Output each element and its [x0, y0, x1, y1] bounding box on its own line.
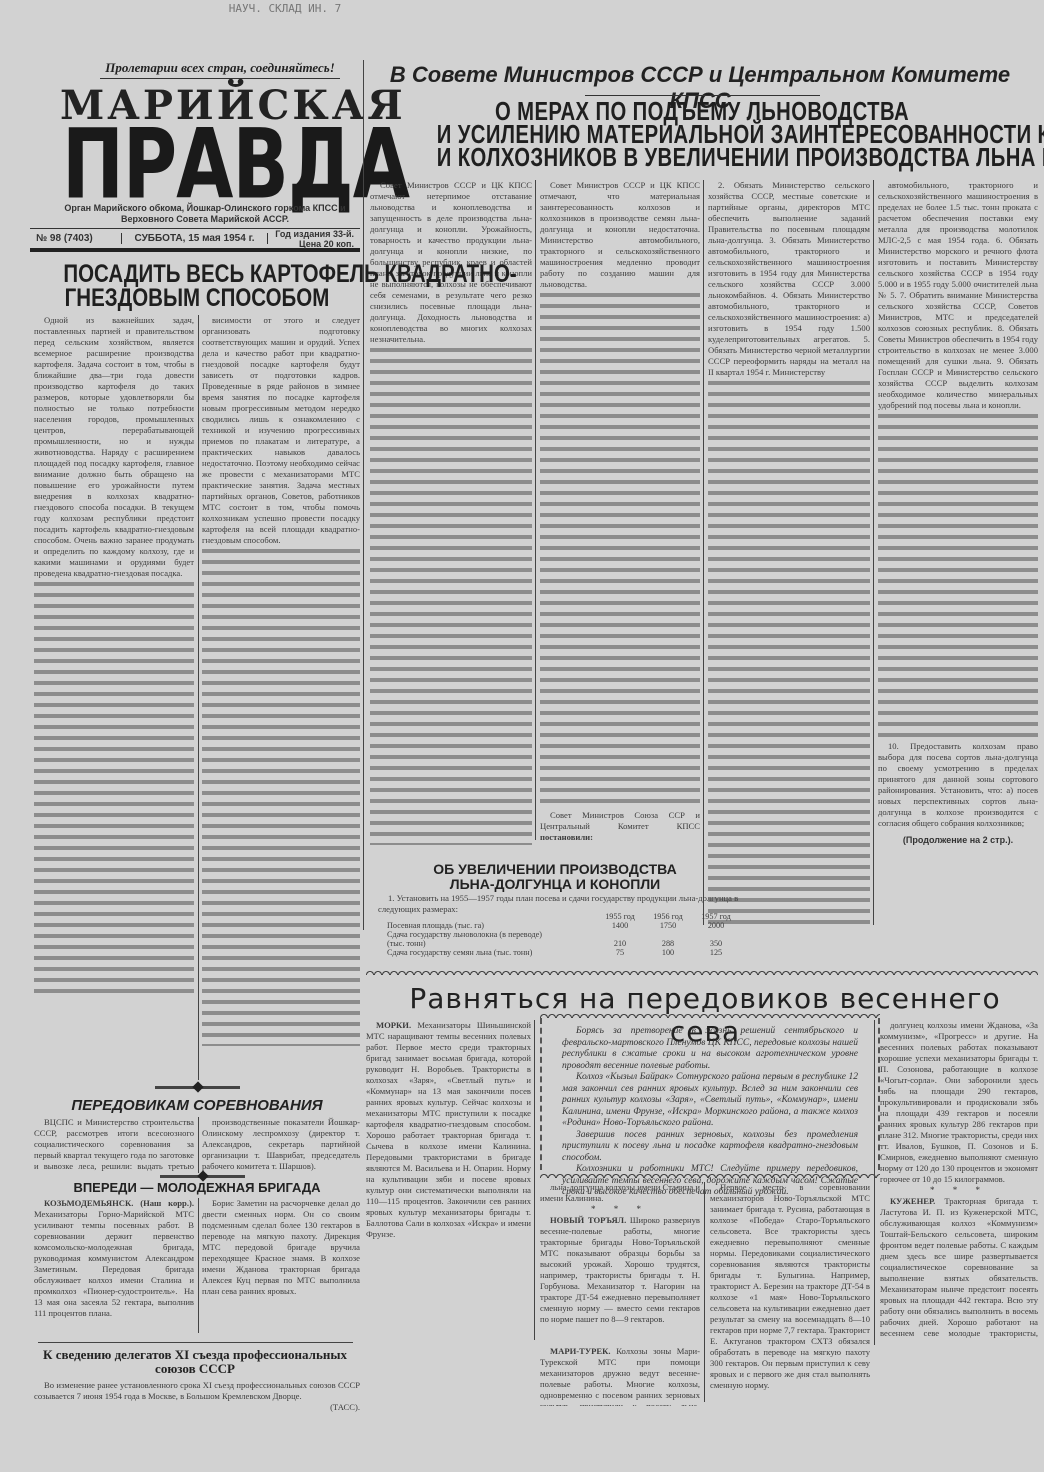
decree-column-4: автомобильного, тракторного и сельскохоз…: [878, 180, 1038, 940]
section-break: * * *: [540, 1204, 700, 1215]
flax-table-cell: 75: [596, 948, 644, 957]
competition-col2-text: производственные показатели Йошкар-Олинс…: [202, 1117, 360, 1172]
flax-title-line: ОБ УВЕЛИЧЕНИИ ПРОИЗВОДСТВА: [370, 862, 740, 877]
byline: (Наш корр.).: [140, 1198, 194, 1208]
flax-table-row: Посевная площадь (тыс. га)140017502000: [385, 921, 740, 930]
tu-congress-title: К сведению делегатов XI съезда профессио…: [40, 1348, 350, 1376]
decree-col2-body: .: [540, 290, 700, 810]
appeal-paragraph: Борясь за претворение в жизнь решений се…: [562, 1026, 858, 1072]
youth-col1-text: Механизаторы Горно-Марийской МТС усилива…: [34, 1209, 194, 1318]
competition-column-2: производственные показатели Йошкар-Олинс…: [202, 1117, 360, 1173]
flax-table-column-header: 1956 год: [644, 912, 692, 921]
flax-table-row-label: Сдача государству льноволокна (в перевод…: [385, 930, 596, 939]
flax-table-cell: 350: [692, 939, 740, 948]
flax-table-cell: [692, 930, 740, 939]
flax-table-row-label: Сдача государству семян льна (тыс. тонн): [385, 948, 596, 957]
dateline: КУЖЕНЕР.: [890, 1196, 935, 1206]
decree-headline-line: И КОЛХОЗНИКОВ В УВЕЛИЧЕНИИ ПРОИЗВОДСТВА …: [437, 146, 967, 169]
column-divider: [535, 180, 536, 840]
flax-table-cell: 2000: [692, 921, 740, 930]
new-toryal-text: Широко развернув весенне-полевые работы,…: [540, 1215, 700, 1324]
column-divider: [703, 180, 704, 925]
spring-column-right: долгунец колхозы имени Жданова, «За комм…: [880, 1020, 1038, 1340]
flax-table-cell: 125: [692, 948, 740, 957]
column-divider: [534, 1020, 535, 1340]
decree-column-3: 2. Обязать Министерство сельского хозяйс…: [708, 180, 870, 925]
ornament-divider: [155, 1086, 240, 1089]
mid-right-text: Первое место в соревновании механизаторо…: [710, 1182, 870, 1391]
appeal-box: Борясь за претворение в жизнь решений се…: [540, 1018, 880, 1170]
morki-text: Механизаторы Шиньшинской МТС наращивают …: [366, 1020, 531, 1239]
decree-col3-lead: 2. Обязать Министерство сельского хозяйс…: [708, 180, 870, 378]
flax-plan-table: 1955 год1956 год1957 годПосевная площадь…: [385, 912, 740, 957]
tu-congress-text: Во изменение ранее установленного срока …: [34, 1380, 360, 1402]
mid-left-text: льна-долгунца колхозы имени Сталина и им…: [540, 1182, 700, 1204]
section-break: * * *: [880, 1185, 1038, 1196]
decree-col1-body: .: [370, 345, 532, 845]
spring-column-mari-turek: МАРИ-ТУРЕК. Колхозы зоны Мари-Турекской …: [540, 1346, 700, 1406]
youth-col2-text: Борис Заметин на расчорчевке делал до дв…: [202, 1198, 360, 1297]
spring-column-mid-right: Первое место в соревновании механизаторо…: [710, 1182, 870, 1407]
decree-col4-end: 10. Предоставить колхозам право выбора д…: [878, 741, 1038, 829]
decree-col2-end: Совет Министров Союза ССР и Центральный …: [540, 810, 700, 831]
wavy-rule: [366, 967, 1038, 975]
archive-stamp: НАУЧ. СКЛАД ИН. 7: [200, 2, 370, 16]
column-divider: [198, 1198, 199, 1333]
decree-col4-lead: автомобильного, тракторного и сельскохоз…: [878, 180, 1038, 411]
competition-col1-text: ВЦСПС и Министерство строительства СССР,…: [34, 1117, 194, 1173]
potato-col1-text: Одной из важнейших задач, поставленных п…: [34, 315, 194, 579]
decree-col2-lead: Совет Министров СССР и ЦК КПСС отмечают,…: [540, 180, 700, 290]
column-divider: [704, 1182, 705, 1402]
competition-column-1: ВЦСПС и Министерство строительства СССР,…: [34, 1117, 194, 1173]
potato-column-1: Одной из важнейших задач, поставленных п…: [34, 315, 194, 1015]
masthead-organ: Орган Марийского обкома, Йошкар-Олинског…: [60, 203, 350, 225]
youth-brigade-title: ВПЕРЕДИ — МОЛОДЕЖНАЯ БРИГАДА: [34, 1180, 360, 1195]
flax-table-cell: [596, 930, 644, 939]
tu-congress-body: Во изменение ранее установленного срока …: [34, 1380, 360, 1416]
section-rule: [38, 1342, 353, 1343]
flax-table-column-header: 1957 год: [692, 912, 740, 921]
flax-table-cell: 1400: [596, 921, 644, 930]
dateline: МАРИ-ТУРЕК.: [550, 1346, 611, 1356]
flax-table-row-label: Посевная площадь (тыс. га): [385, 921, 596, 930]
decree-column-2: Совет Министров СССР и ЦК КПСС отмечают,…: [540, 180, 700, 845]
issue-number: № 98 (7403): [30, 233, 122, 244]
decree-col4-body: .: [878, 411, 1038, 741]
potato-col2-body: .: [202, 546, 360, 1046]
decree-resolved: постановили:: [540, 832, 593, 842]
flax-table-column-header: [385, 912, 596, 921]
column-divider: [874, 1020, 875, 1345]
flax-table-column-header: 1955 год: [596, 912, 644, 921]
decree-col3-body: .: [708, 378, 870, 925]
wavy-rule: [540, 1010, 880, 1018]
potato-headline: ПОСАДИТЬ ВЕСЬ КАРТОФЕЛЬ КВАДРАТНО- ГНЕЗД…: [63, 262, 330, 310]
flax-table-cell: 210: [596, 939, 644, 948]
flax-table-cell: 100: [644, 948, 692, 957]
tu-congress-source: (ТАСС).: [34, 1402, 360, 1413]
column-divider: [873, 180, 874, 925]
potato-col2-text: висимости от этого и следует организоват…: [202, 315, 360, 546]
flax-table-cell: [644, 930, 692, 939]
ornament-divider: [160, 1175, 245, 1178]
dateline: НОВЫЙ ТОРЪЯЛ.: [550, 1215, 626, 1225]
dateline: МОРКИ.: [376, 1020, 411, 1030]
youth-brigade-column-1: КОЗЬМОДЕМЬЯНСК. (Наш корр.). Механизатор…: [34, 1198, 194, 1338]
newspaper-page: НАУЧ. СКЛАД ИН. 7 Пролетарии всех стран,…: [0, 0, 1044, 1472]
wavy-rule: [540, 1170, 880, 1178]
appeal-paragraph: Завершив посев ранних зерновых, колхозы …: [562, 1130, 858, 1165]
year-of-publication: Год издания 33-й.: [274, 229, 354, 239]
column-divider: [198, 1117, 199, 1173]
issue-date: СУББОТА, 15 мая 1954 г.: [122, 233, 268, 244]
potato-headline-line: ГНЕЗДОВЫМ СПОСОБОМ: [63, 286, 330, 310]
spring-column-morki: МОРКИ. Механизаторы Шиньшинской МТС нара…: [366, 1020, 531, 1320]
issue-meta: Год издания 33-й. Цена 20 коп.: [268, 229, 360, 249]
potato-headline-line: ПОСАДИТЬ ВЕСЬ КАРТОФЕЛЬ КВАДРАТНО-: [63, 262, 330, 286]
dateline: КОЗЬМОДЕМЬЯНСК.: [44, 1198, 133, 1208]
competition-title: ПЕРЕДОВИКАМ СОРЕВНОВАНИЯ: [34, 1097, 360, 1114]
column-divider: [198, 315, 199, 1080]
decree-headline: О МЕРАХ ПО ПОДЪЕМУ ЛЬНОВОДСТВА И УСИЛЕНИ…: [437, 100, 967, 169]
flax-table-cell: 288: [644, 939, 692, 948]
flax-table-cell: 1750: [644, 921, 692, 930]
spring-column-mid-left: льна-долгунца колхозы имени Сталина и им…: [540, 1182, 700, 1347]
flax-table-header: 1955 год1956 год1957 год: [385, 912, 740, 921]
potato-col1-body: .: [34, 579, 194, 999]
flax-table-row: (тыс. тонн)210288350: [385, 939, 740, 948]
flax-table-row: Сдача государству льноволокна (в перевод…: [385, 930, 740, 939]
issue-info-bar: № 98 (7403) СУББОТА, 15 мая 1954 г. Год …: [30, 228, 360, 252]
slogan: Пролетарии всех стран, соединяйтесь!: [100, 60, 340, 79]
appeal-paragraph: Колхоз «Кызыл Байрак» Сотнурского района…: [562, 1072, 858, 1130]
right-top-text: долгунец колхозы имени Жданова, «За комм…: [880, 1020, 1038, 1185]
flax-subsection-title: ОБ УВЕЛИЧЕНИИ ПРОИЗВОДСТВА ЛЬНА-ДОЛГУНЦА…: [370, 862, 740, 892]
price: Цена 20 коп.: [274, 239, 354, 249]
masthead-title-line2: ПРАВДА: [62, 122, 350, 208]
continued-note[interactable]: (Продолжение на 2 стр.).: [878, 835, 1038, 845]
flax-table-row: Сдача государству семян льна (тыс. тонн)…: [385, 948, 740, 957]
flax-table-row-label: (тыс. тонн): [385, 939, 596, 948]
potato-column-2: висимости от этого и следует организоват…: [202, 315, 360, 1085]
kuzhener-text: Тракторная бригада т. Ластутова И. П. из…: [880, 1196, 1038, 1340]
flax-title-line: ЛЬНА-ДОЛГУНЦА И КОНОПЛИ: [370, 877, 740, 892]
column-divider: [363, 60, 364, 930]
youth-brigade-column-2: Борис Заметин на расчорчевке делал до дв…: [202, 1198, 360, 1338]
